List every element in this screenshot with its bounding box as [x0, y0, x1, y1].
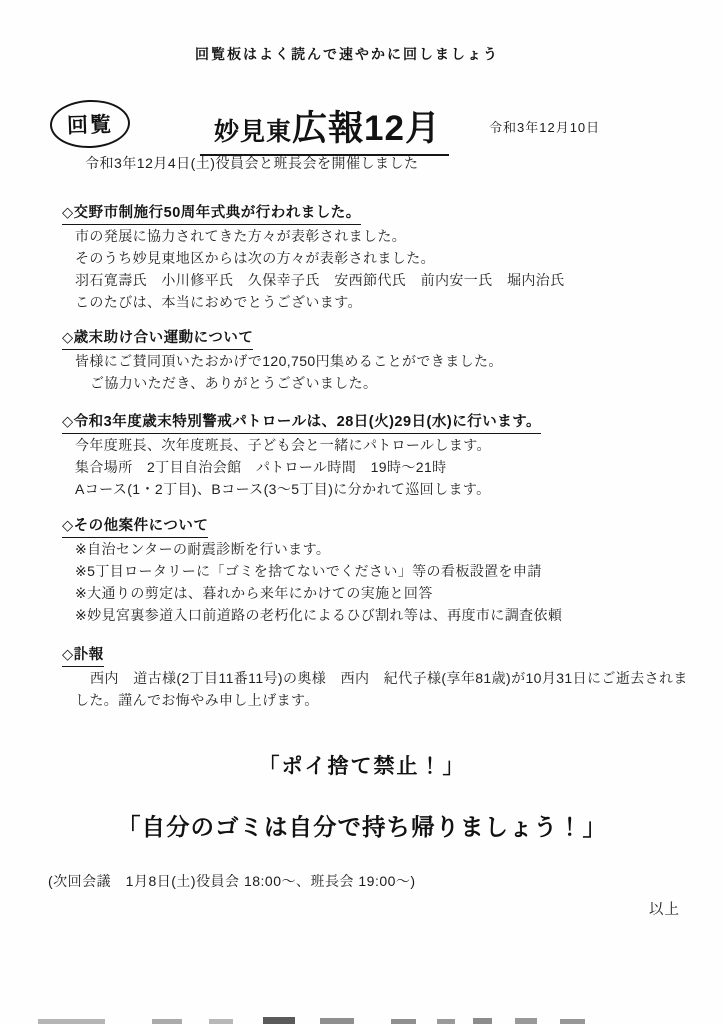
title-district-name: 妙見東 — [214, 112, 292, 148]
section-other-matters: ◇その他案件について ※自治センターの耐震診断を行います。 ※5丁目ロータリーに… — [62, 517, 694, 626]
scan-artifact-bar — [391, 1019, 416, 1024]
section-line-condolence: した。謹んでお悔やみ申し上げます。 — [62, 689, 694, 711]
scan-artifact-bar — [38, 1019, 105, 1024]
scan-artifact-bar — [437, 1019, 455, 1024]
meeting-held-line: 令和3年12月4日(土)役員会と班長会を開催しました — [85, 153, 724, 173]
slogan-take-trash-home: 「自分のゴミは自分で持ち帰りましょう！」 — [0, 808, 724, 842]
section-obituary: ◇訃報 西内 道古様(2丁目11番11号)の奥様 西内 紀代子様(享年81歳)が… — [62, 646, 694, 711]
section-heading: ◇交野市制施行50周年式典が行われました。 — [62, 204, 361, 225]
issue-date: 令和3年12月10日 — [489, 117, 600, 136]
kairan-circulation-stamp: 回覧 — [49, 99, 131, 150]
section-line: 今年度班長、次年度班長、子ども会と一緒にパトロールします。 — [62, 434, 694, 456]
closing-ijou: 以上 — [0, 898, 724, 919]
circulation-notice: 回覧板はよく読んで速やかに回しましょう — [0, 44, 694, 64]
next-meeting-line: (次回会議 1月8日(土)役員会 18:00～、班長会 19:00～) — [48, 871, 724, 891]
section-line: ※妙見宮裏参道入口前道路の老朽化によるひび割れ等は、再度市に調査依頼 — [62, 604, 694, 626]
scan-artifact-bar — [473, 1018, 492, 1024]
scan-artifact-bar — [263, 1017, 295, 1024]
section-line: ※自治センターの耐震診断を行います。 — [62, 538, 694, 560]
section-anniversary-ceremony: ◇交野市制施行50周年式典が行われました。 市の発展に協力されてきた方々が表彰さ… — [62, 204, 694, 313]
section-heading: ◇令和3年度歳末特別警戒パトロールは、28日(火)29日(水)に行います。 — [62, 413, 541, 434]
section-line: ご協力いただき、ありがとうございました。 — [62, 372, 694, 394]
scan-artifact-bar — [320, 1018, 354, 1024]
scan-artifact-bar — [560, 1019, 585, 1024]
section-heading: ◇歳末助け合い運動について — [62, 329, 253, 350]
section-line: 市の発展に協力されてきた方々が表彰されました。 — [62, 225, 694, 247]
section-line-patrol-courses: Aコース(1・2丁目)、Bコース(3～5丁目)に分かれて巡回します。 — [62, 478, 694, 500]
document-body: 令和3年12月4日(土)役員会と班長会を開催しました ◇交野市制施行50周年式典… — [0, 153, 724, 919]
section-line-obituary: 西内 道古様(2丁目11番11号)の奥様 西内 紀代子様(享年81歳)が10月3… — [62, 667, 694, 689]
scan-artifact-bar — [209, 1019, 233, 1024]
section-line: ※5丁目ロータリーに「ゴミを捨てないでください」等の看板設置を申請 — [62, 560, 694, 582]
kairan-stamp-label: 回覧 — [66, 108, 113, 140]
section-line: このたびは、本当におめでとうございます。 — [62, 291, 694, 313]
section-heading: ◇その他案件について — [62, 517, 208, 538]
section-line-honorees: 羽石寛壽氏 小川修平氏 久保幸子氏 安西節代氏 前内安一氏 堀内治氏 — [62, 269, 694, 291]
newsletter-page: 回覧板はよく読んで速やかに回しましょう 回覧 妙見東 広報12月 令和3年12月… — [0, 0, 724, 1024]
section-line-amount-collected: 皆様にご賛同頂いたおかげで120,750円集めることができました。 — [62, 350, 694, 372]
scan-artifact-bar — [515, 1018, 537, 1024]
section-line: ※大通りの剪定は、暮れから来年にかけての実施と回答 — [62, 582, 694, 604]
section-heading: ◇訃報 — [62, 646, 104, 667]
slogan-no-littering: 「ポイ捨て禁止！」 — [0, 750, 724, 780]
scan-edge-artifacts — [0, 1016, 724, 1024]
scan-artifact-bar — [152, 1019, 182, 1024]
section-line-patrol-details: 集合場所 2丁目自治会館 パトロール時間 19時～21時 — [62, 456, 694, 478]
section-yearend-charity: ◇歳末助け合い運動について 皆様にご賛同頂いたおかげで120,750円集めること… — [62, 329, 694, 394]
section-yearend-patrol: ◇令和3年度歳末特別警戒パトロールは、28日(火)29日(水)に行います。 今年… — [62, 413, 694, 500]
title-bulletin-month: 広報12月 — [292, 101, 441, 151]
newsletter-title: 妙見東 広報12月 — [200, 101, 449, 156]
section-line: そのうち妙見東地区からは次の方々が表彰されました。 — [62, 247, 694, 269]
